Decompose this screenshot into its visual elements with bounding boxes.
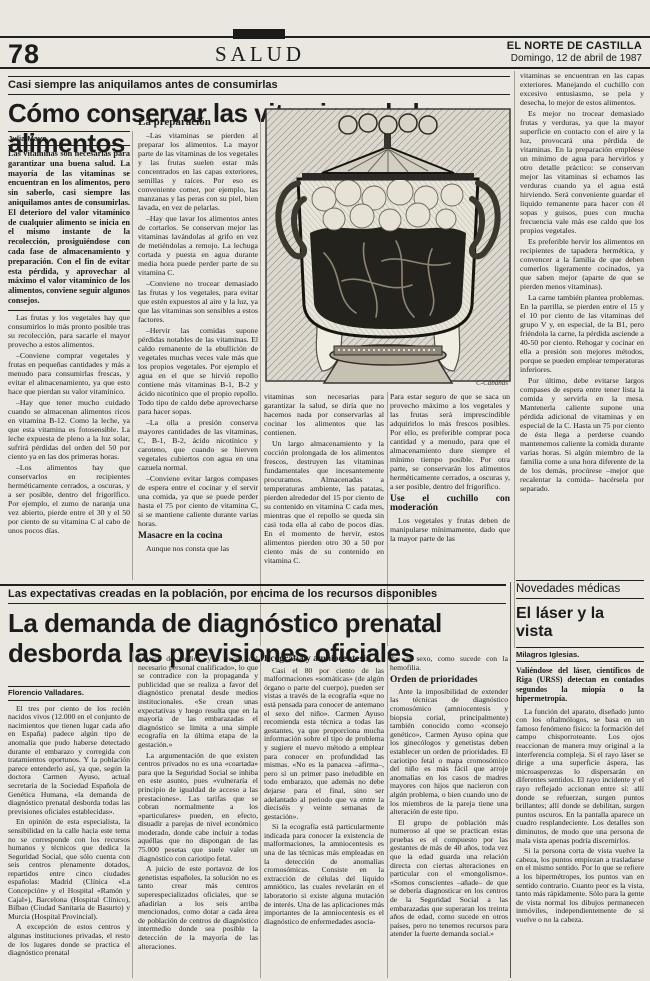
paragraph: Un largo almacenamiento y la cocción pro…	[264, 439, 384, 565]
subheading-masacre: Masacre en la cocina	[138, 532, 258, 541]
masthead: EL NORTE DE CASTILLA Domingo, 12 de abri…	[430, 40, 642, 64]
paragraph: –Conviene no trocear demasiado las fruta…	[138, 279, 258, 324]
section-title: SALUD	[178, 42, 342, 67]
paragraph: Casi el 80 por ciento de las malformacio…	[264, 667, 384, 822]
paragraph: Aunque nos consta que las	[138, 544, 258, 553]
paragraph: Es mejor no trocear demasiado frutas y v…	[520, 109, 644, 235]
column-divider	[132, 652, 133, 978]
novedades-label: Novedades médicas	[516, 581, 644, 598]
paragraph: Si la persona corta de vista vuelve la c…	[516, 847, 644, 924]
prenatal-col4: das al sexo, como sucede con la hemofili…	[390, 655, 508, 978]
byline-rule	[8, 700, 130, 701]
vitamins-col1: Julia Mayo. Las vitaminas son necesarias…	[8, 131, 130, 581]
paragraph: –Hay que tener mucho cuidado cuando se a…	[8, 398, 130, 461]
paragraph: Es preferible hervir los alimentos en re…	[520, 237, 644, 291]
paragraph: –Los alimentos hay que conservarlos en r…	[8, 463, 130, 535]
paragraph: Las frutas y los vegetales hay que consu…	[8, 313, 130, 349]
byline-rule	[8, 145, 130, 146]
page-number: 78	[8, 39, 40, 70]
laser-column: Novedades médicas El láser y la vista Mi…	[516, 580, 644, 978]
section-marker-bar	[233, 29, 285, 39]
paragraph: Por último, debe evitarse largos compase…	[520, 376, 644, 493]
kicker-rule-top	[8, 76, 510, 77]
paragraph: A excepción de estos centros y algunas i…	[8, 923, 130, 957]
paragraph: vitaminas se encuentran en las capas ext…	[520, 71, 644, 107]
paragraph: La argumentación de que existen centros …	[138, 752, 258, 864]
subheading-ecografia: Ecografía y amniocentesis	[264, 655, 384, 664]
newspaper-page: 78 SALUD EL NORTE DE CASTILLA Domingo, 1…	[0, 0, 650, 981]
paragraph: –Conviene comprar vegetales y frutas en …	[8, 351, 130, 396]
paragraph: En opinión de esta especialista, la sens…	[8, 818, 130, 921]
prenatal-col1: Florencio Valladares. El tres por ciento…	[8, 686, 130, 978]
paragraph: La función del aparato, diseñado junto c…	[516, 708, 644, 846]
paragraph: El tres por ciento de los recién nacidos…	[8, 705, 130, 817]
paragraph: Si la ecografía está particularmente ind…	[264, 823, 384, 926]
pot-illustration: C-Cabañas	[264, 103, 512, 389]
paragraph: –Hervir las comidas supone pérdidas nota…	[138, 326, 258, 416]
lead-rule	[8, 310, 130, 311]
vitamins-lead: Las vitaminas son necesarias para garant…	[8, 149, 130, 306]
prenatal-col3: Ecografía y amniocentesis Casi el 80 por…	[264, 655, 384, 978]
header-top-rule	[0, 36, 650, 38]
pot-illustration-drawing	[264, 103, 512, 389]
paper-name: EL NORTE DE CASTILLA	[430, 40, 642, 52]
vitamins-byline: Julia Mayo.	[8, 132, 130, 145]
laser-lead: Valiéndose del láser, científicos de Rig…	[516, 666, 644, 704]
byline-rule	[516, 661, 644, 662]
column-divider	[514, 71, 515, 648]
laser-byline: Milagros Iglesias.	[516, 648, 644, 661]
paragraph: La carne también plantea problemas. En l…	[520, 293, 644, 374]
paragraph: –La olla a presión conserva mayores cant…	[138, 418, 258, 472]
subheading-cuchillo: Use el cuchillo con moderación	[390, 495, 510, 513]
vitamins-kicker: Casi siempre las aniquilamos antes de co…	[8, 79, 510, 91]
column-divider	[387, 652, 388, 978]
paragraph: vitaminas son necesarias para garantizar…	[264, 392, 384, 437]
prenatal-col2: «carece de medios, y a veces, del necesa…	[138, 655, 258, 978]
vitamins-col2: La preparación –Las vitaminas se pierden…	[138, 116, 258, 648]
paragraph: Para estar seguro de que se saca un prov…	[390, 392, 510, 491]
paragraph: –Hay que lavar los alimentos antes de co…	[138, 214, 258, 277]
subheading-la-preparacion: La preparación	[138, 118, 258, 127]
prenatal-byline: Florencio Valladares.	[8, 687, 130, 700]
illustration-signature: C-Cabañas	[476, 379, 508, 387]
column-divider	[260, 116, 261, 646]
header-bottom-rule	[0, 67, 650, 69]
column-divider	[132, 131, 133, 580]
paragraph: Los vegetales y frutas deben de manipula…	[390, 516, 510, 543]
laser-headline: El láser y la vista	[516, 599, 644, 647]
prenatal-kicker-rule-bottom	[8, 603, 506, 604]
laser-body: La función del aparato, diseñado junto c…	[516, 708, 644, 925]
paragraph: –Conviene evitar largos compases de espe…	[138, 474, 258, 528]
prenatal-kicker: Las expectativas creadas en la población…	[8, 588, 506, 600]
paragraph: «carece de medios, y a veces, del necesa…	[138, 655, 258, 750]
paragraph: das al sexo, como sucede con la hemofili…	[390, 655, 508, 672]
column-divider	[260, 652, 261, 978]
kicker-rule-bottom	[8, 94, 510, 95]
vitamins-col5: vitaminas se encuentran en las capas ext…	[520, 71, 644, 579]
paragraph: –Las vitaminas se pierden al preparar lo…	[138, 131, 258, 212]
paragraph: A juicio de este portavoz de los genetis…	[138, 865, 258, 951]
column-divider	[510, 582, 511, 978]
prenatal-kicker-rule-top	[0, 584, 506, 586]
paragraph: El grupo de población más numeroso al qu…	[390, 819, 508, 939]
edition-date: Domingo, 12 de abril de 1987	[430, 53, 642, 64]
paragraph: Ante la imposibilidad de extender las té…	[390, 688, 508, 817]
subheading-prioridades: Orden de prioridades	[390, 676, 508, 685]
